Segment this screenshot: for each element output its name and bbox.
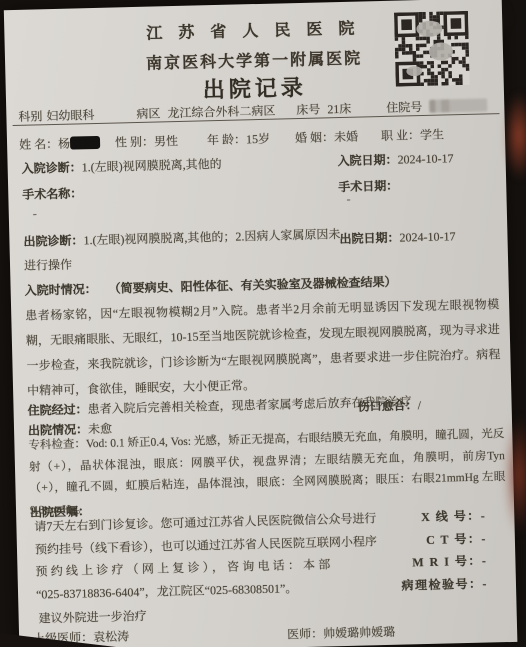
age-value: 15岁 — [246, 132, 270, 147]
hospital-course-label: 住院经过： — [27, 402, 87, 417]
surgery-name-empty-dash: - — [33, 206, 37, 221]
admission-date-value: 2024-10-17 — [397, 151, 453, 166]
admission-no-label: 住院号 — [386, 100, 422, 115]
job-label: 职 业： — [381, 128, 420, 143]
pathology-no-label: 病理检验号：- — [401, 574, 502, 593]
wound-healing-value: / — [417, 398, 421, 412]
mri-no-label: M R I 号：- — [412, 551, 502, 570]
qr-code — [394, 11, 470, 87]
name-redaction — [70, 136, 100, 150]
ward-label: 病区 — [136, 106, 160, 121]
admission-no-redaction — [429, 98, 487, 112]
marital-label: 婚 姻： — [295, 130, 334, 145]
admission-diagnosis-label: 入院诊断： — [22, 160, 82, 175]
name-value: 杨 — [58, 137, 70, 151]
discharge-orders-block: 请7天左右到门诊复诊。您可通过江苏省人民医院微信公众号进行 X 线 号：- 预约… — [34, 506, 502, 607]
ward-value: 龙江综合外科二病区 — [167, 104, 275, 121]
job-value: 学生 — [420, 127, 444, 142]
admission-condition-label: 入院时情况： — [24, 282, 96, 298]
admission-condition-heading: 入院时情况：（简要病史、阳性体征、有关实验室及器械检查结果） — [24, 273, 396, 299]
discharge-diagnosis-label: 出院诊断： — [23, 233, 83, 248]
admission-date-row: 入院日期：2024-10-17 — [337, 149, 453, 169]
gender-value: 男性 — [154, 134, 178, 149]
specialist-exam-text: Vod: 0.1 矫正0.4, Vos: 光感，矫正无提高，右眼结膜无充血，角膜… — [29, 428, 506, 516]
dept-label: 科别 — [18, 109, 42, 124]
ct-no-label: C T 号：- — [426, 529, 501, 548]
discharge-date-row: 出院日期：2024-10-17 — [339, 227, 455, 247]
wound-healing-row: 伤口愈合：/ — [357, 396, 421, 415]
discharge-record-document: 江 苏 省 人 民 医 院 南京医科大学第一附属医院 出院记录 科别妇幼眼科 病… — [4, 0, 518, 647]
discharge-diagnosis-row: 出院诊断：1.(左眼)视网膜脱离,其他的；2.因病人家属原因未进行操作 — [23, 222, 342, 278]
marital-value: 未婚 — [334, 130, 358, 145]
gender-label: 性 别： — [115, 135, 154, 150]
doctor-label: 医师： — [287, 627, 323, 642]
admission-date-label: 入院日期： — [337, 153, 397, 168]
discharge-date-label: 出院日期： — [339, 231, 399, 246]
senior-doctor-name: 袁松涛 — [93, 629, 129, 644]
wound-healing-label: 伤口愈合： — [357, 398, 417, 413]
dept-value: 妇幼眼科 — [46, 108, 94, 123]
background-red-smudge-top — [504, 92, 526, 180]
admission-diagnosis-row: 入院诊断：1.(左眼)视网膜脱离,其他的 — [21, 155, 221, 177]
admission-diagnosis-value: 1.(左眼)视网膜脱离,其他的 — [82, 157, 222, 174]
age-label: 年 龄： — [207, 132, 246, 147]
specialist-exam-label: 专科检查： — [28, 438, 86, 451]
xray-no-label: X 线 号：- — [421, 506, 501, 525]
surgery-name-row: 手术名称： — [22, 184, 82, 202]
bed-value: 21床 — [327, 102, 351, 117]
admission-condition-hint: （简要病史、阳性体征、有关实验室及器械检查结果） — [114, 275, 396, 296]
surgery-date-empty-dash: - — [346, 192, 350, 207]
surgery-name-label: 手术名称： — [22, 186, 82, 201]
doctor-row: 医师：帅嫒璐帅嫒璐 — [287, 623, 395, 643]
name-label: 姓 名： — [19, 137, 58, 152]
patient-row: 姓 名：杨 性 别：男性 年 龄：15岁 婚 姻：未婚 职 业：学生 — [19, 124, 499, 153]
history-paragraph: 患者杨家铭，因“左眼视物模糊2月”入院。患者半2月余前无明显诱因下发现左眼视物模… — [25, 292, 501, 404]
doctor-name: 帅嫒璐帅嫒璐 — [323, 625, 395, 641]
discharge-date-value: 2024-10-17 — [399, 229, 455, 244]
bed-label: 床号 — [296, 102, 320, 117]
treatment-advice: 建议外院进一步治疗 — [38, 607, 146, 627]
senior-doctor-label: 上级医师： — [33, 630, 93, 645]
senior-doctor-row: 上级医师：袁松涛 — [33, 627, 129, 646]
